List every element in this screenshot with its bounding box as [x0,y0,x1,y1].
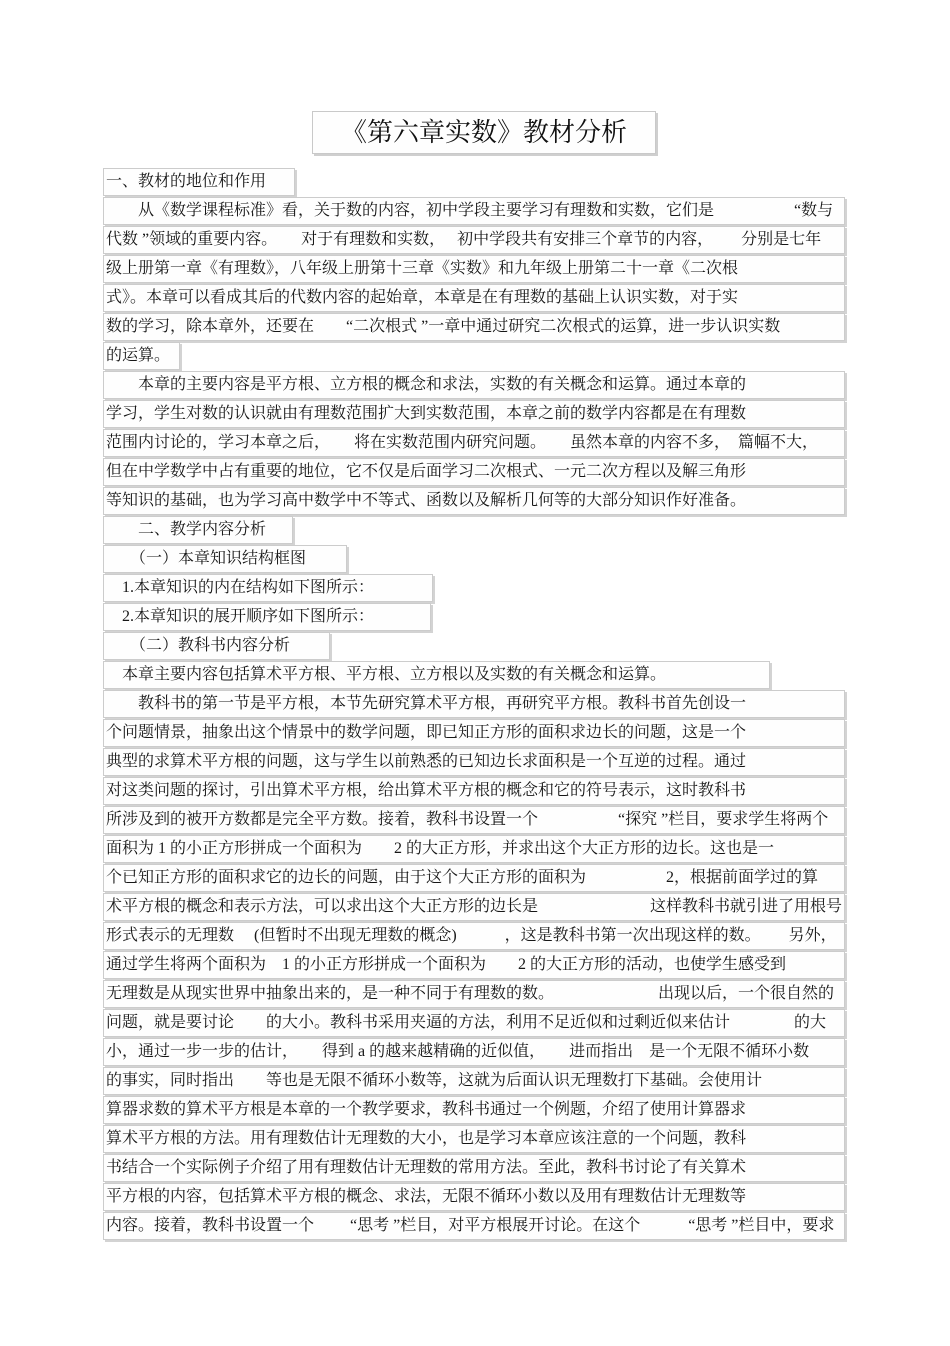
text-line-4: 级上册第一章《有理数》，八年级上册第十三章《实数》和九年级上册第二十一章《二次根 [103,255,845,283]
text-line-27: 形式表示的无理数 (但暂时不出现无理数的概念) ，这是教科书第一次出现这样的数。… [103,922,845,950]
text-line-18: 本章主要内容包括算术平方根、平方根、立方根以及实数的有关概念和运算。 [103,661,770,689]
text-line-8: 本章的主要内容是平方根、立方根的概念和求法，实数的有关概念和运算。通过本章的 [103,371,845,399]
text-line-37: 内容。接着，教科书设置一个 “思考 ”栏目，对平方根展开讨论。在这个 “思考 ”… [103,1212,845,1240]
text-line-36: 平方根的内容，包括算术平方根的概念、求法，无限不循环小数以及用有理数估计无理数等 [103,1183,845,1211]
text-line-20: 个问题情景，抽象出这个情景中的数学问题，即已知正方形的面积求边长的问题，这是一个 [103,719,845,747]
text-line-30: 问题，就是要讨论 的大小。教科书采用夹逼的方法，利用不足近似和过剩近似来估计 的… [103,1009,845,1037]
text-line-11: 但在中学数学中占有重要的地位，它不仅是后面学习二次根式、一元二次方程以及解三角形 [103,458,845,486]
text-line-3: 代数 ”领域的重要内容。 对于有理数和实数， 初中学段共有安排三个章节的内容， … [103,226,845,254]
text-line-12: 等知识的基础，也为学习高中数学中不等式、函数以及解析几何等的大部分知识作好准备。 [103,487,845,515]
document-title: 《第六章实数》教材分析 [312,111,656,154]
text-line-15: 1.本章知识的内在结构如下图所示： [103,574,433,602]
text-line-25: 个已知正方形的面积求它的边长的问题，由于这个大正方形的面积为 2，根据前面学过的… [103,864,845,892]
text-line-1: 一、教材的地位和作用 [103,168,295,196]
text-line-6: 数的学习，除本章外，还要在 “二次根式 ”一章中通过研究二次根式的运算，进一步认… [103,313,845,341]
text-line-22: 对这类问题的探讨，引出算术平方根，给出算术平方根的概念和它的符号表示，这时教科书 [103,777,845,805]
text-line-24: 面积为 1 的小正方形拼成一个面积为 2 的大正方形，并求出这个大正方形的边长。… [103,835,845,863]
text-line-28: 通过学生将两个面积为 1 的小正方形拼成一个面积为 2 的大正方形的活动，也使学… [103,951,845,979]
text-line-13: 二、教学内容分析 [103,516,293,544]
text-line-16: 2.本章知识的展开顺序如下图所示： [103,603,431,631]
text-line-33: 算器求数的算术平方根是本章的一个教学要求，教科书通过一个例题，介绍了使用计算器求 [103,1096,845,1124]
text-line-35: 书结合一个实际例子介绍了用有理数估计无理数的常用方法。至此，教科书讨论了有关算术 [103,1154,845,1182]
text-line-32: 的事实，同时指出 等也是无限不循环小数等，这就为后面认识无理数打下基础。会使用计 [103,1067,845,1095]
text-line-2: 从《数学课程标准》看，关于数的内容，初中学段主要学习有理数和实数，它们是 “数与 [103,197,845,225]
text-line-7: 的运算。 [103,342,180,370]
text-line-26: 术平方根的概念和表示方法，可以求出这个大正方形的边长是 这样教科书就引进了用根号 [103,893,845,921]
text-line-29: 无理数是从现实世界中抽象出来的，是一种不同于有理数的数。 出现以后，一个很自然的 [103,980,845,1008]
text-line-5: 式》。本章可以看成其后的代数内容的起始章，本章是在有理数的基础上认识实数，对于实 [103,284,845,312]
document-page: 《第六章实数》教材分析 一、教材的地位和作用 从《数学课程标准》看，关于数的内容… [0,0,950,1346]
text-line-14: （一）本章知识结构框图 [103,545,347,573]
text-line-10: 范围内讨论的，学习本章之后， 将在实数范围内研究问题。 虽然本章的内容不多， 篇… [103,429,845,457]
text-line-9: 学习，学生对数的认识就由有理数范围扩大到实数范围，本章之前的数学内容都是在有理数 [103,400,845,428]
text-line-34: 算术平方根的方法。用有理数估计无理数的大小，也是学习本章应该注意的一个问题，教科 [103,1125,845,1153]
text-line-31: 小，通过一步一步的估计， 得到 a 的越来越精确的近似值， 进而指出 是一个无限… [103,1038,845,1066]
text-line-17: （二）教科书内容分析 [103,632,330,660]
text-line-23: 所涉及到的被开方数都是完全平方数。接着，教科书设置一个 “探究 ”栏目，要求学生… [103,806,845,834]
text-line-21: 典型的求算术平方根的问题，这与学生以前熟悉的已知边长求面积是一个互逆的过程。通过 [103,748,845,776]
text-line-19: 教科书的第一节是平方根，本节先研究算术平方根，再研究平方根。教科书首先创设一 [103,690,845,718]
